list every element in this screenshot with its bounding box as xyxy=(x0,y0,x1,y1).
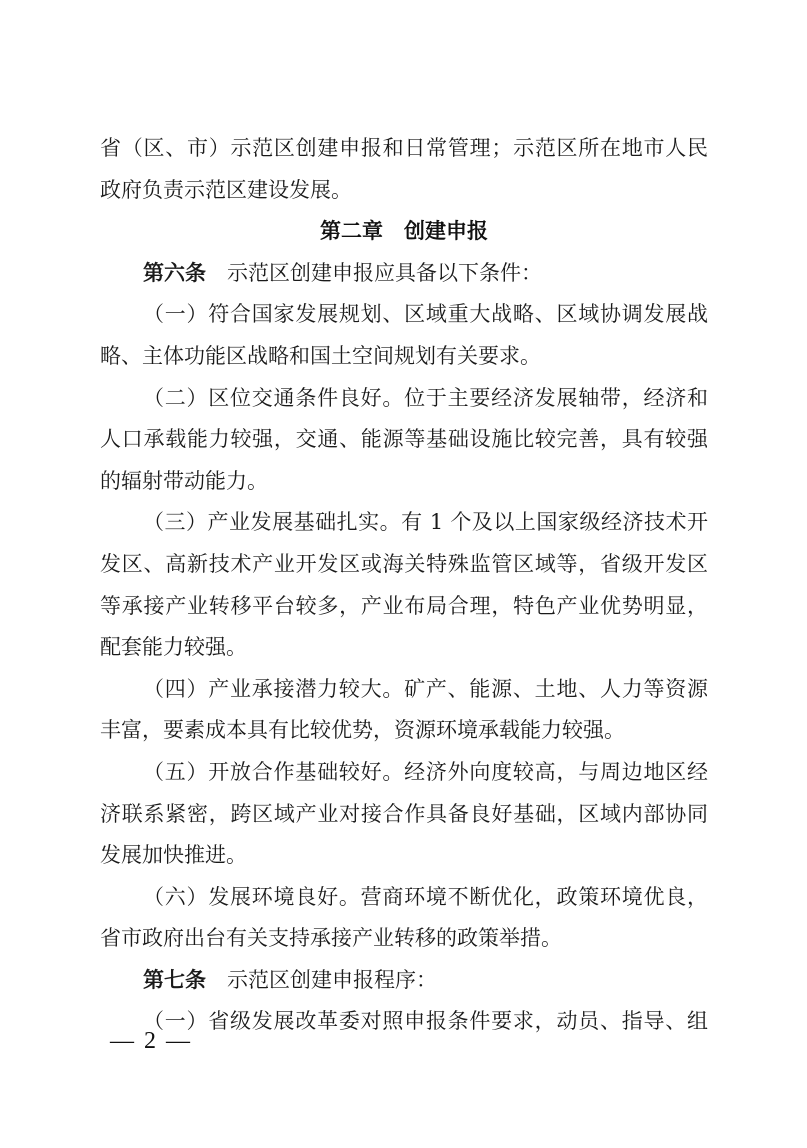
paragraph-line: 省（区、市）示范区创建申报和日常管理；示范区所在地市人民 xyxy=(100,128,708,170)
paragraph-line: （四）产业承接潜力较大。矿产、能源、土地、人力等资源 xyxy=(100,669,708,711)
article-text: 示范区创建申报程序： xyxy=(206,968,437,992)
document-body: 省（区、市）示范区创建申报和日常管理；示范区所在地市人民 政府负责示范区建设发展… xyxy=(100,128,708,1043)
paragraph-line: 发展加快推进。 xyxy=(100,835,708,877)
paragraph-line: （二）区位交通条件良好。位于主要经济发展轴带，经济和 xyxy=(100,378,708,420)
paragraph-line: 配套能力较强。 xyxy=(100,627,708,669)
paragraph-line: 政府负责示范区建设发展。 xyxy=(100,170,708,212)
paragraph-line: 丰富，要素成本具有比较优势，资源环境承载能力较强。 xyxy=(100,710,708,752)
article-heading: 第六条 示范区创建申报应具备以下条件： xyxy=(100,253,708,295)
paragraph-line: 等承接产业转移平台较多，产业布局合理，特色产业优势明显， xyxy=(100,586,708,628)
paragraph-line: 发区、高新技术产业开发区或海关特殊监管区域等，省级开发区 xyxy=(100,544,708,586)
paragraph-line: 略、主体功能区战略和国土空间规划有关要求。 xyxy=(100,336,708,378)
paragraph-line: 省市政府出台有关支持承接产业转移的政策举措。 xyxy=(100,918,708,960)
paragraph-line: 的辐射带动能力。 xyxy=(100,461,708,503)
paragraph-line: （一）符合国家发展规划、区域重大战略、区域协调发展战 xyxy=(100,294,708,336)
paragraph-line: 人口承载能力较强，交通、能源等基础设施比较完善，具有较强 xyxy=(100,419,708,461)
paragraph-line: （六）发展环境良好。营商环境不断优化，政策环境优良， xyxy=(100,877,708,919)
article-text: 示范区创建申报应具备以下条件： xyxy=(206,261,542,285)
article-heading: 第七条 示范区创建申报程序： xyxy=(100,960,708,1002)
chapter-heading: 第二章 创建申报 xyxy=(100,211,708,253)
article-label: 第六条 xyxy=(143,261,206,285)
article-label: 第七条 xyxy=(143,968,206,992)
paragraph-line: （五）开放合作基础较好。经济外向度较高，与周边地区经 xyxy=(100,752,708,794)
paragraph-line: （三）产业发展基础扎实。有 1 个及以上国家级经济技术开 xyxy=(100,502,708,544)
page-number: — 2 — xyxy=(110,1028,192,1055)
paragraph-line: 济联系紧密，跨区域产业对接合作具备良好基础，区域内部协同 xyxy=(100,794,708,836)
